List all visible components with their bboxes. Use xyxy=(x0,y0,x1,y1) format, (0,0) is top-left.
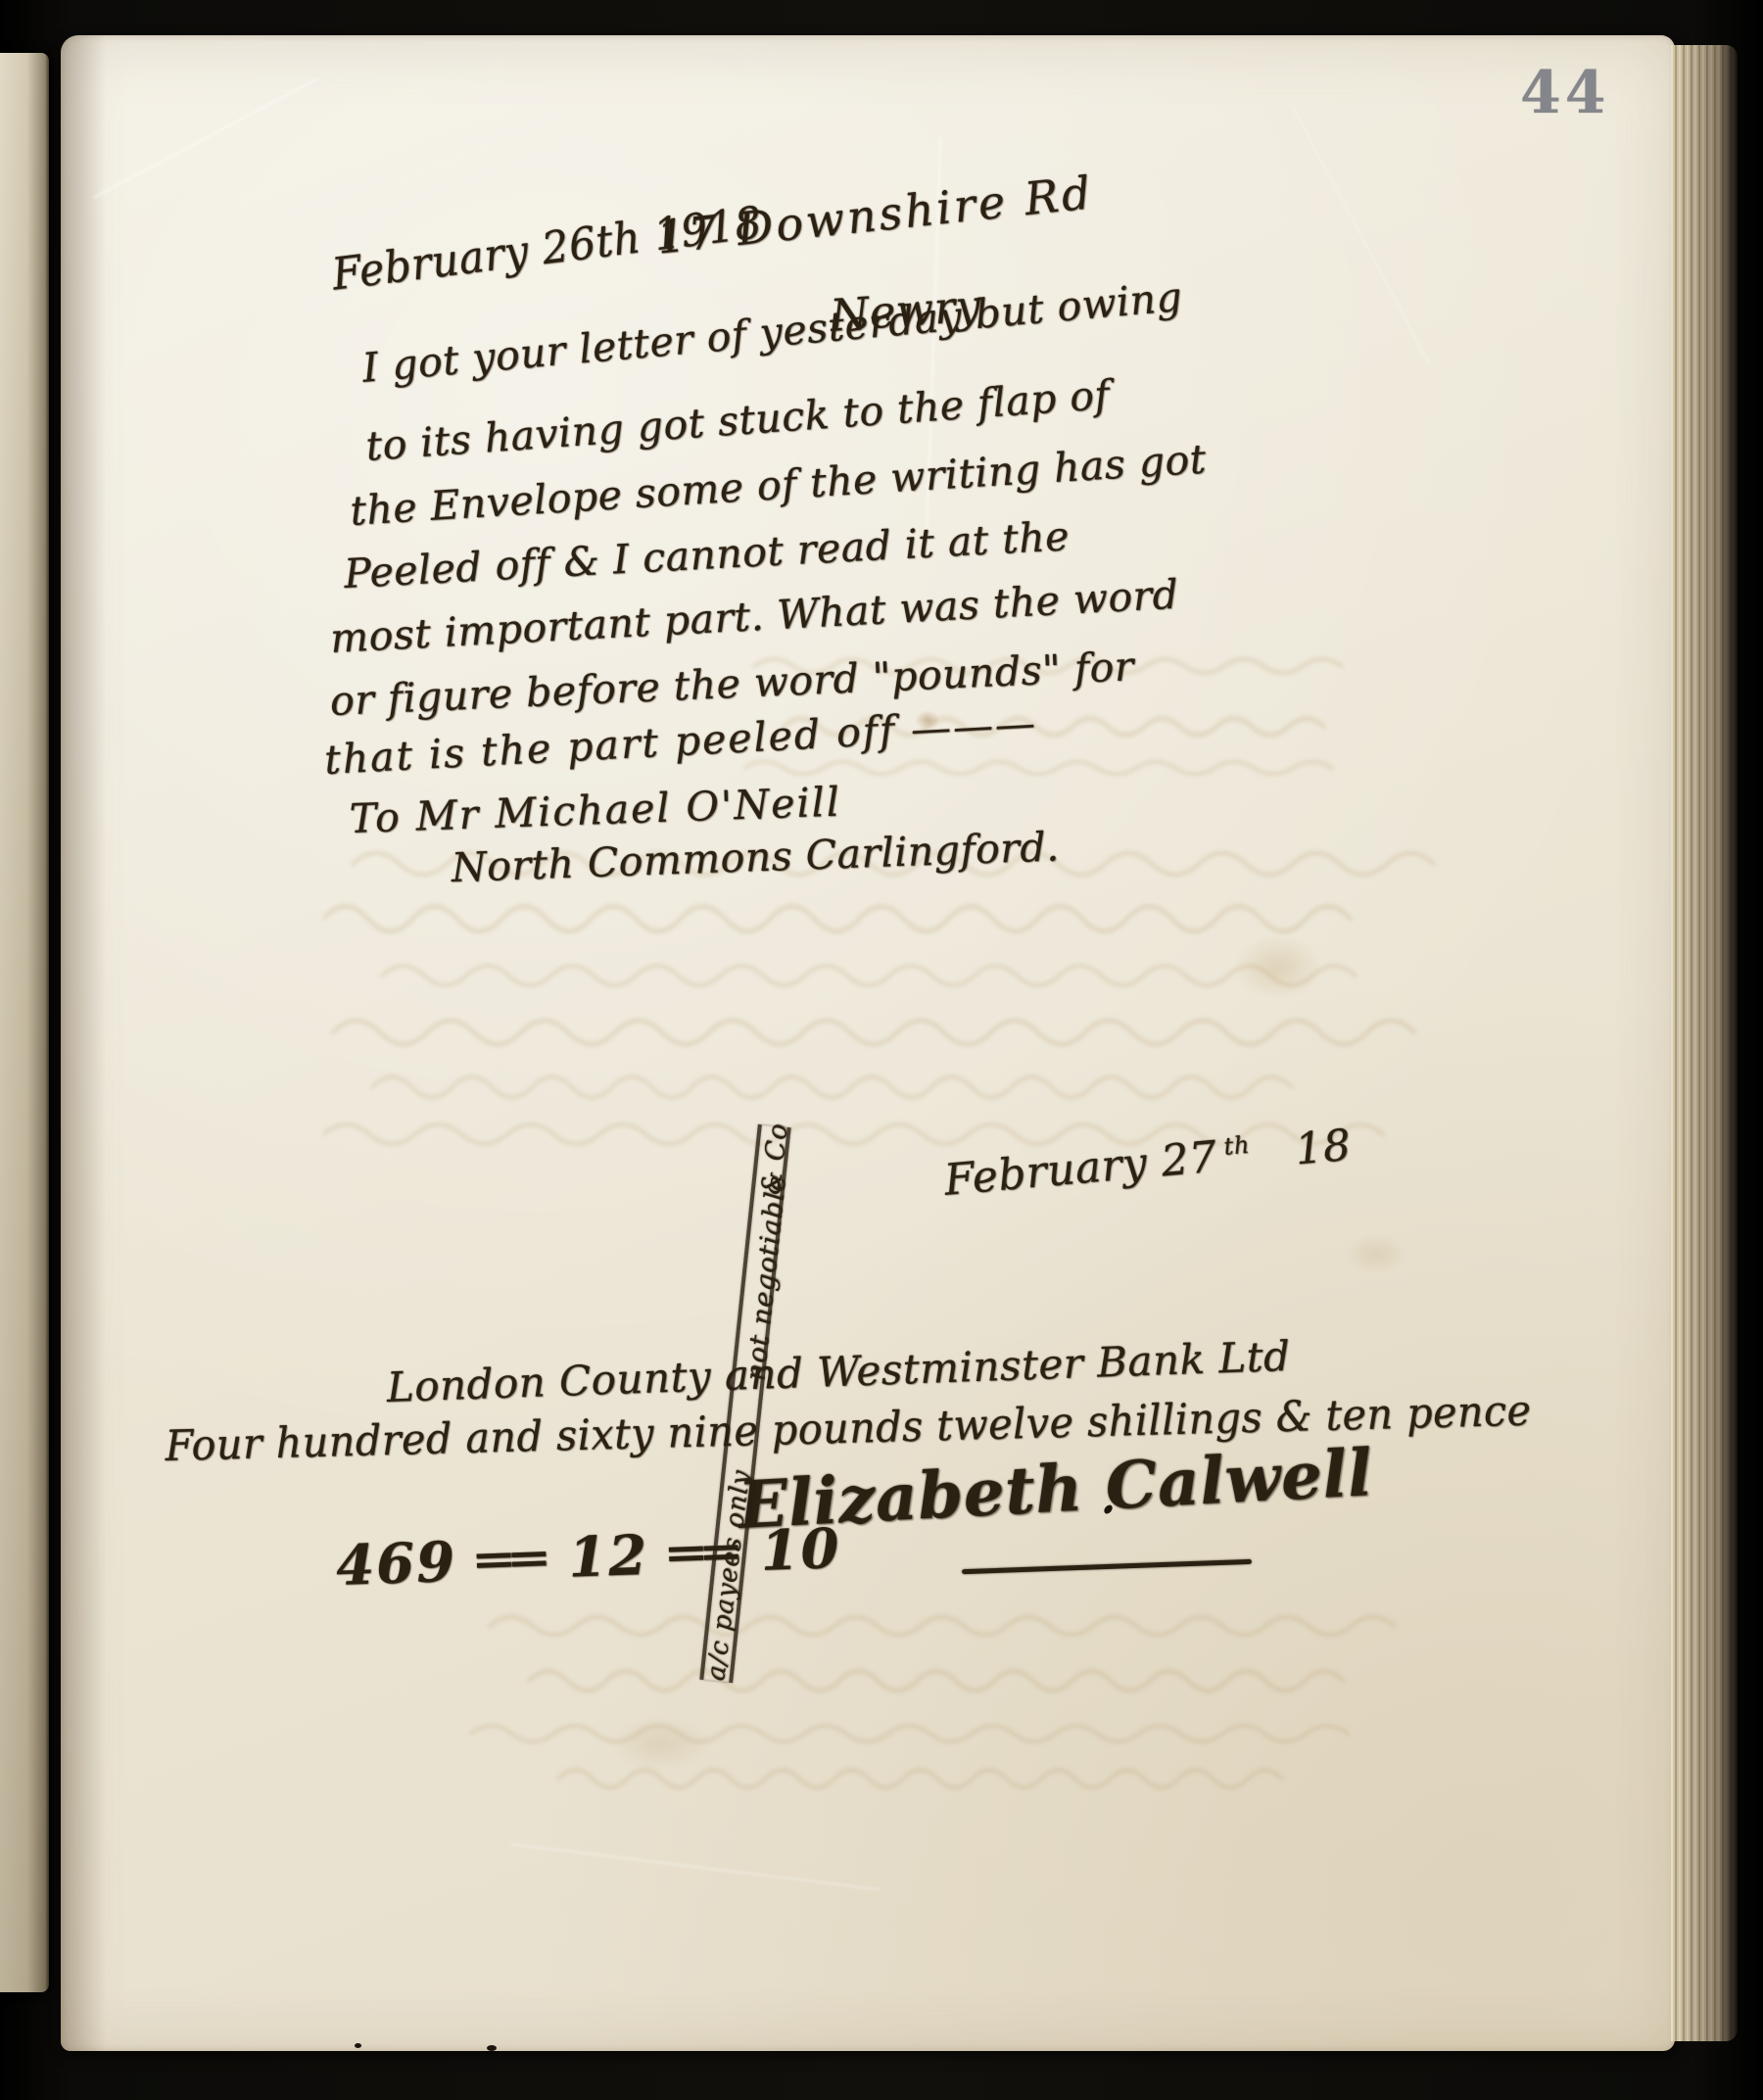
ink-speck xyxy=(487,2045,497,2051)
memo-date-suffix: th xyxy=(1222,1131,1251,1161)
paper-stain xyxy=(1215,921,1342,1014)
paper-stain xyxy=(1332,1224,1420,1283)
ink-speck xyxy=(355,2043,361,2048)
book-page-edges xyxy=(1671,45,1738,2041)
gutter-shadow xyxy=(61,35,106,2051)
memo-year: 18 xyxy=(1293,1121,1353,1175)
facing-page-edge xyxy=(0,53,49,1992)
page-number: 44 xyxy=(1520,59,1610,127)
scanned-letter-book-page: 44 17 Downshire Rd February 26th 1918 Ne… xyxy=(0,0,1763,2100)
paper-stain xyxy=(588,1704,735,1783)
